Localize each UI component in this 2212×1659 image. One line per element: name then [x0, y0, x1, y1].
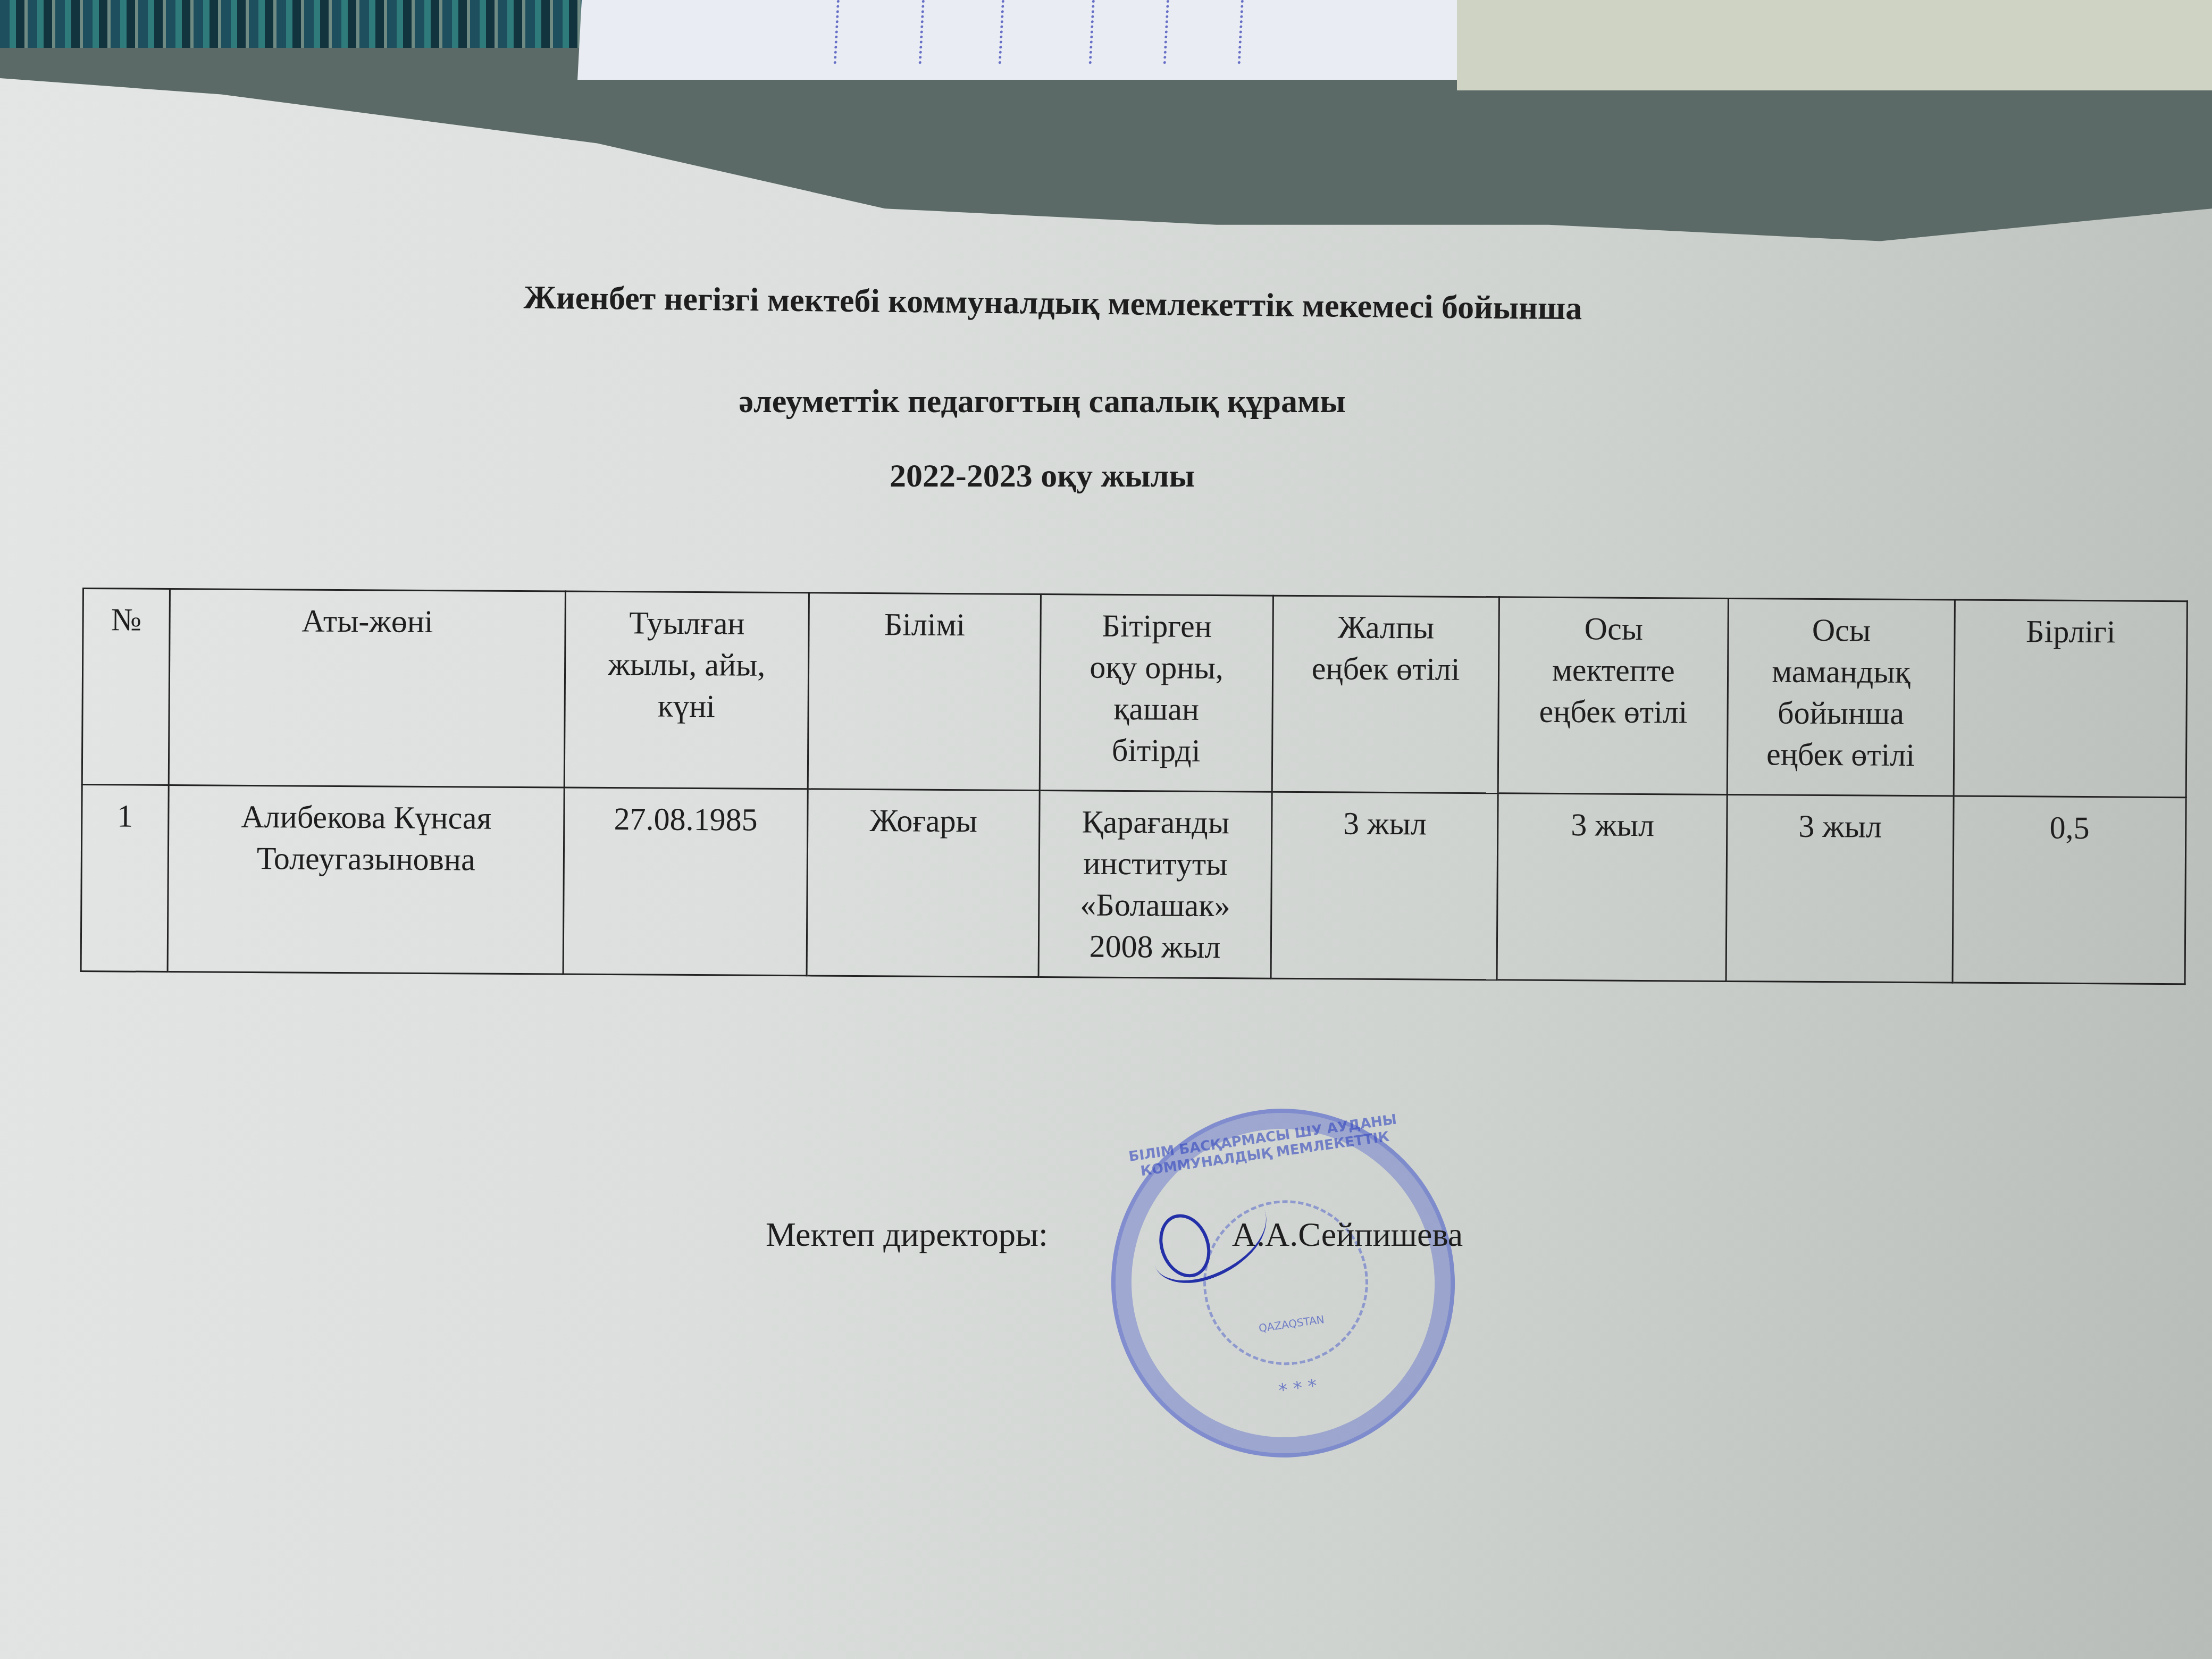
header-specialty-experience: Осы мамандық бойынша еңбек өтілі	[1727, 598, 1955, 796]
cell-full-name: Алибекова Күнсая Толеугазыновна	[167, 785, 564, 974]
stamp-ring-text: БІЛІМ БАСҚАРМАСЫ ШУ АУДАНЫ КОММУНАЛДЫҚ М…	[1122, 1111, 1405, 1182]
signature-label: Мектеп директоры:	[766, 1216, 1048, 1253]
header-rate: Бірлігі	[1954, 600, 2188, 798]
stamp-emblem-label: QAZAQSTAN	[1212, 1306, 1371, 1342]
table-row: 1 Алибекова Күнсая Толеугазыновна 27.08.…	[81, 785, 2186, 984]
header-total-experience: Жалпы еңбек өтілі	[1272, 596, 1499, 793]
director-signature-line: Мектеп директоры: А.А.Сейпишева	[766, 1215, 1463, 1254]
document-subtitle: әлеуметтік педагогтың сапалық құрамы	[0, 383, 2148, 421]
header-number: №	[82, 589, 170, 785]
official-stamp: БІЛІМ БАСҚАРМАСЫ ШУ АУДАНЫ КОММУНАЛДЫҚ М…	[1088, 1086, 1477, 1480]
header-school-experience: Осы мектепте еңбек өтілі	[1498, 597, 1729, 795]
director-name: А.А.Сейпишева	[1232, 1216, 1463, 1253]
header-birth-date: Туылған жылы, айы, күні	[564, 591, 809, 789]
cell-education: Жоғары	[807, 789, 1040, 977]
cell-birth-date: 27.08.1985	[563, 787, 808, 976]
cell-number: 1	[81, 785, 169, 972]
cell-specialty-experience: 3 жыл	[1726, 794, 1953, 983]
cell-total-experience: 3 жыл	[1271, 792, 1498, 980]
background-fabric	[0, 0, 585, 48]
academic-year: 2022-2023 оқу жылы	[0, 457, 2148, 495]
staff-table: № Аты-жөні Туылған жылы, айы, күні Білім…	[80, 588, 2188, 985]
header-full-name: Аты-жөні	[169, 589, 566, 788]
header-graduated-institution: Бітірген оқу орны, қашан бітірді	[1040, 594, 1273, 792]
document-page: Жиенбет негізгі мектебі коммуналдық мемл…	[0, 29, 2212, 1659]
table-header-row: № Аты-жөні Туылған жылы, айы, күні Білім…	[82, 589, 2187, 798]
cell-school-experience: 3 жыл	[1497, 793, 1727, 982]
cell-rate: 0,5	[1953, 796, 2186, 984]
background-card	[1457, 0, 2212, 90]
document-title: Жиенбет негізгі мектебі коммуналдық мемл…	[0, 273, 2159, 334]
header-education: Білімі	[808, 593, 1041, 791]
cell-graduated-institution: Қарағанды институты «Болашак» 2008 жыл	[1038, 791, 1272, 979]
background-handwritten-note	[577, 0, 1496, 80]
stamp-stars: * * *	[1130, 1354, 1465, 1422]
